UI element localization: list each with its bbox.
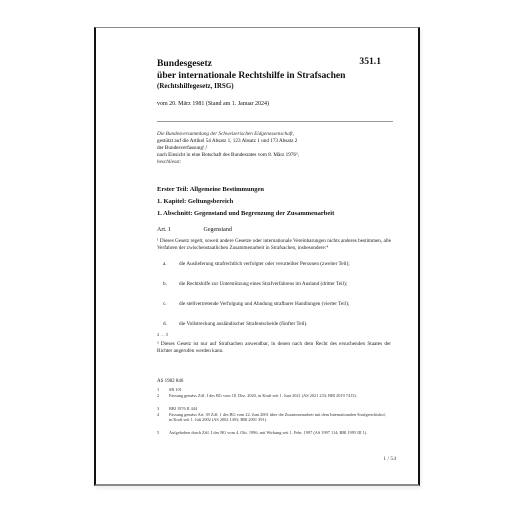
article-paragraph-1: ¹ Dieses Gesetz regelt, soweit andere Ge…	[157, 238, 391, 251]
preamble-line: der Bundesverfassung¹,²	[157, 145, 299, 152]
part-heading: Erster Teil: Allgemeine Bestimmungen	[157, 186, 264, 193]
repealed-paragraph: 2 … 5	[157, 332, 168, 337]
article-heading: Art. 1 Gegenstand	[157, 227, 232, 233]
preamble-line: gestützt auf die Artikel 54 Absatz 1, 12…	[157, 138, 299, 145]
page-indicator: 1 / 54	[383, 456, 396, 462]
article-paragraph-3: ³ Dieses Gesetz ist nur auf Strafsachen …	[157, 341, 391, 354]
law-subtitle: über internationale Rechtshilfe in Straf…	[157, 70, 346, 81]
document-page: Bundesgesetz über internationale Rechtsh…	[94, 27, 420, 486]
article-label: Art. 1	[157, 227, 202, 233]
section-heading: 1. Abschnitt: Gegenstand und Begrenzung …	[157, 210, 334, 217]
preamble-line: beschliesst:	[157, 159, 299, 166]
chapter-heading: 1. Kapitel: Geltungsbereich	[157, 198, 233, 205]
preamble-line: Die Bundesversammlung der Schweizerische…	[157, 131, 299, 138]
law-title: Bundesgesetz	[157, 58, 212, 69]
preamble-line: nach Einsicht in eine Botschaft des Bund…	[157, 152, 299, 159]
divider	[157, 121, 393, 122]
sr-number: 351.1	[359, 56, 381, 67]
law-short-title: (Rechtshilfegesetz, IRSG)	[157, 82, 234, 91]
preamble: Die Bundesversammlung der Schweizerische…	[157, 131, 299, 166]
date-line: vom 20. März 1981 (Stand am 1. Januar 20…	[157, 101, 269, 107]
as-reference: AS 1982 846	[157, 379, 183, 384]
article-title: Gegenstand	[204, 227, 232, 233]
